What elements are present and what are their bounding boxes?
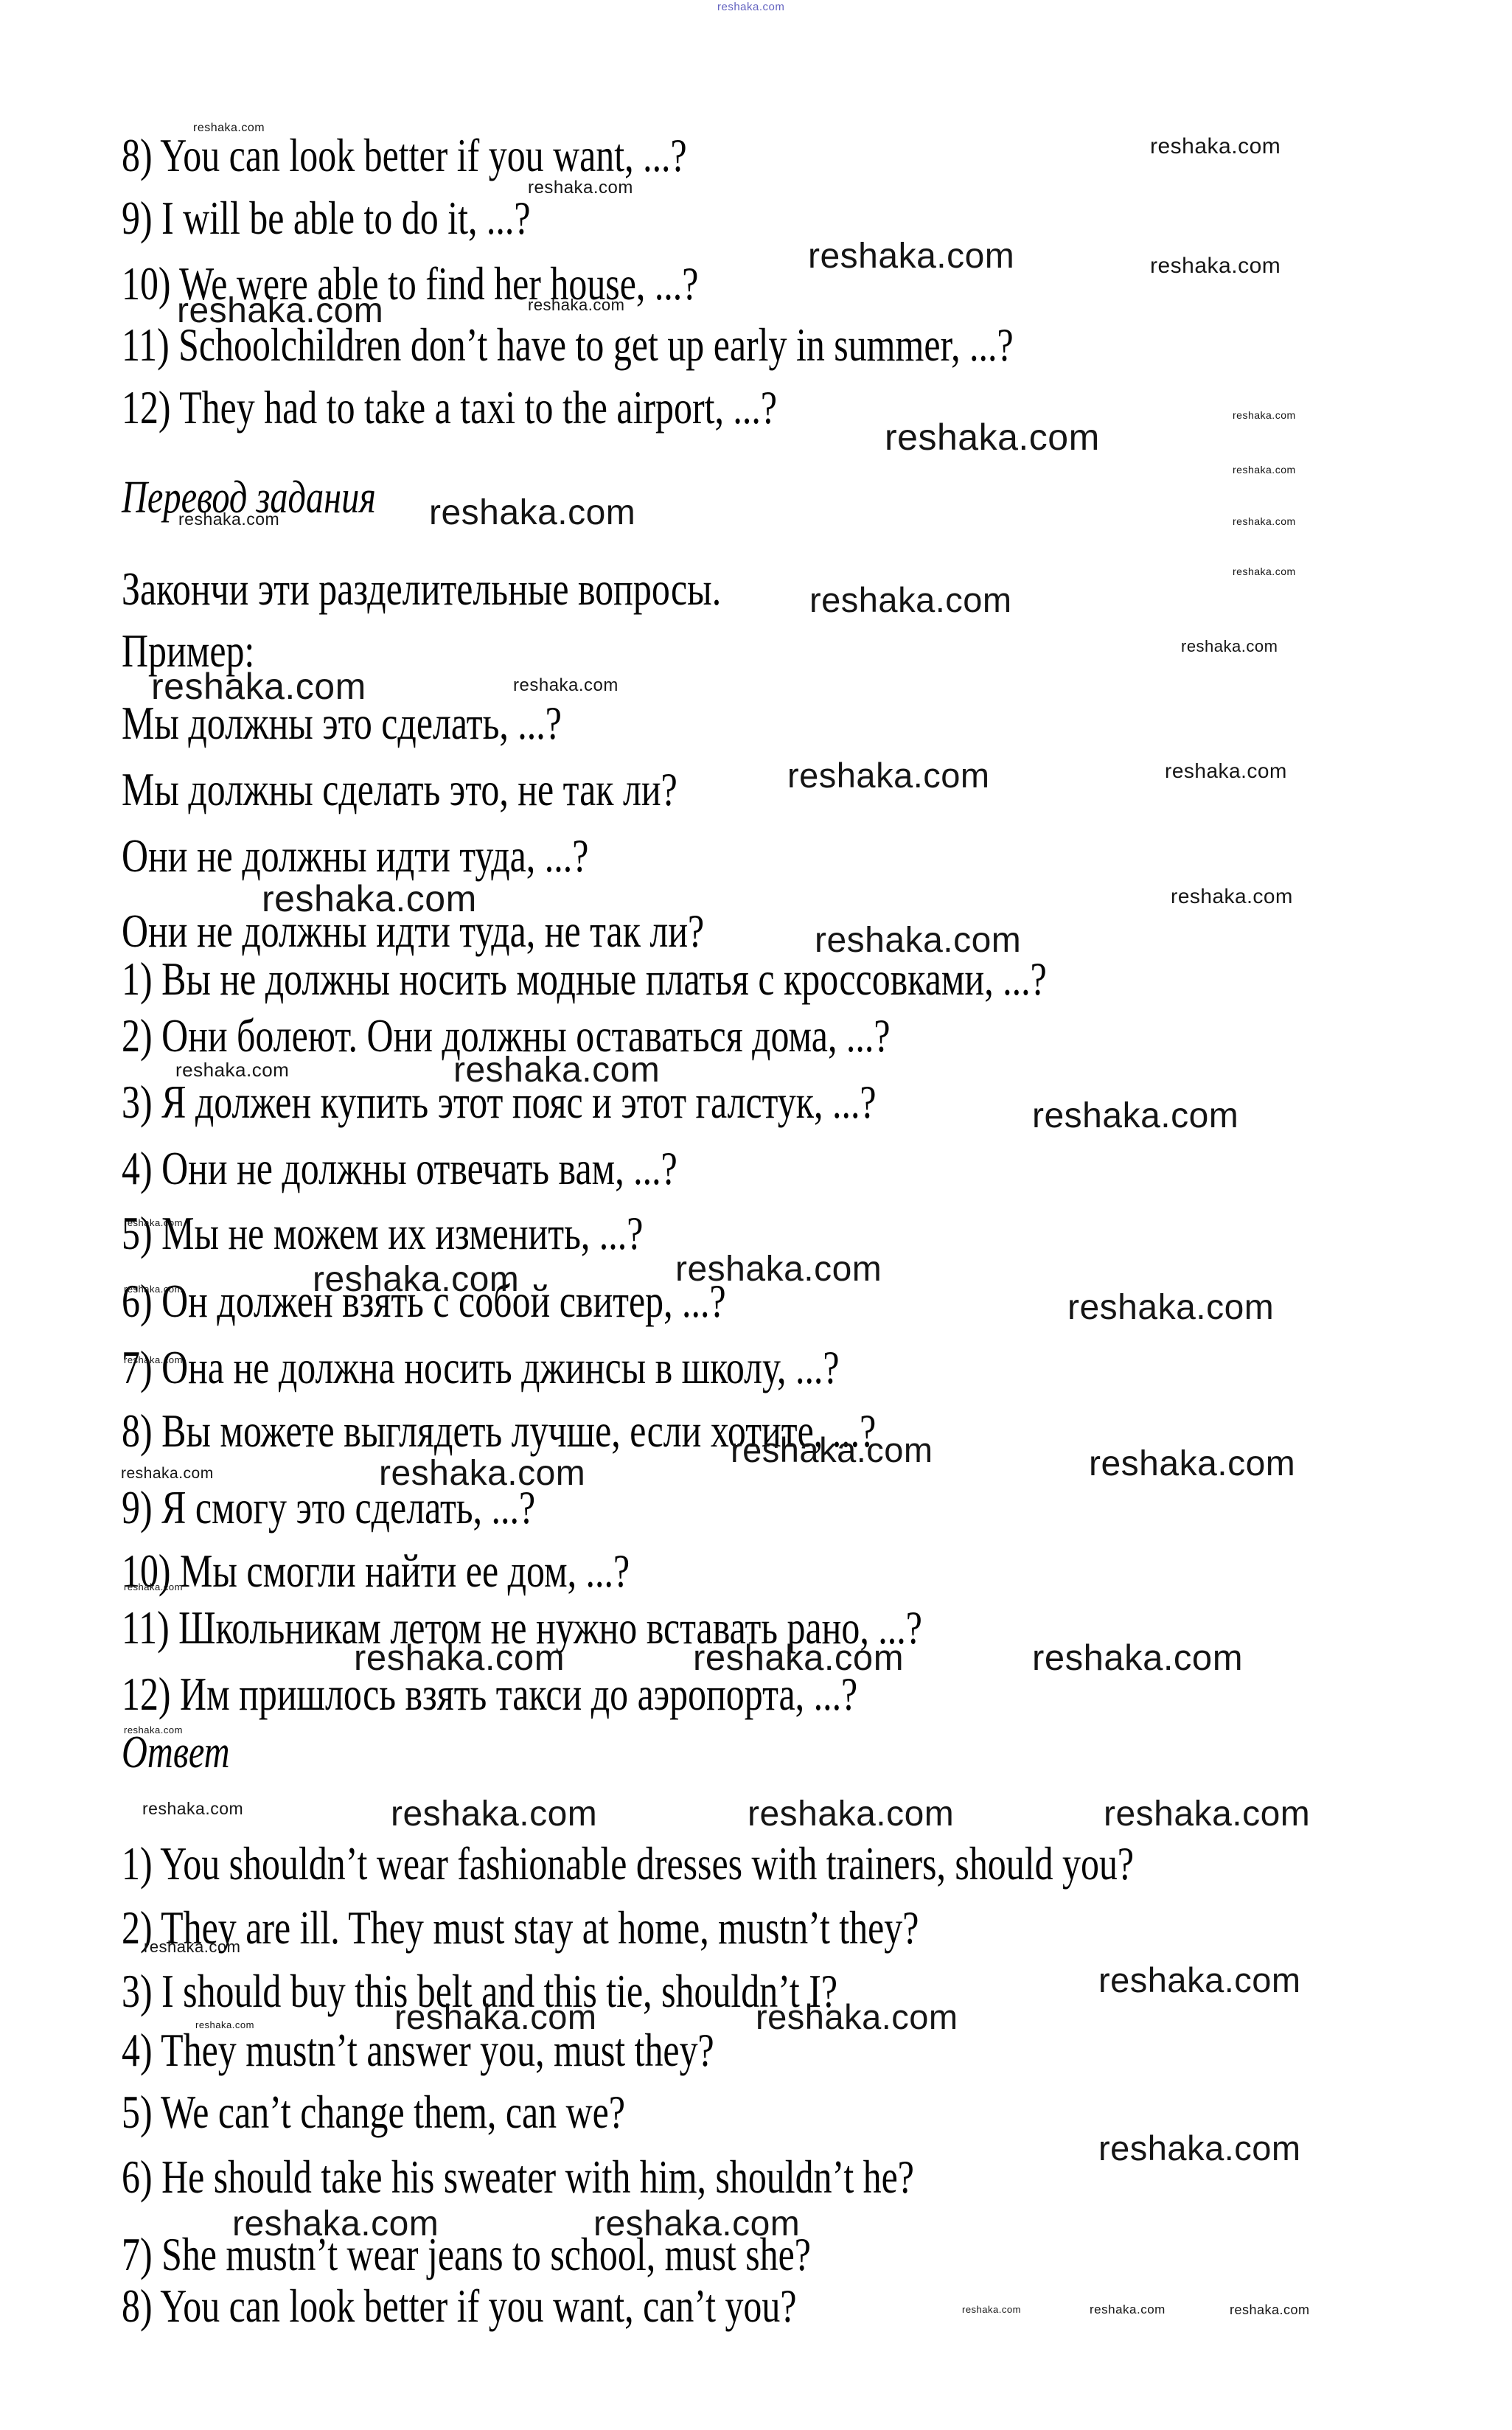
- watermark-reshaka: reshaka.com: [885, 419, 1100, 456]
- watermark-reshaka: reshaka.com: [528, 297, 624, 313]
- watermark-reshaka: reshaka.com: [262, 880, 477, 917]
- watermark-reshaka: reshaka.com: [178, 511, 279, 528]
- watermark-reshaka: reshaka.com: [193, 122, 265, 134]
- watermark-reshaka: reshaka.com: [151, 668, 366, 705]
- watermark-reshaka: reshaka.com: [1067, 1290, 1274, 1326]
- watermark-reshaka: reshaka.com: [124, 1355, 183, 1365]
- watermark-reshaka: reshaka.com: [1181, 638, 1278, 655]
- watermark-reshaka: reshaka.com: [175, 1060, 289, 1079]
- watermark-reshaka: reshaka.com: [177, 293, 383, 329]
- watermark-reshaka: reshaka.com: [1090, 2303, 1166, 2316]
- watermark-reshaka: reshaka.com: [232, 2207, 439, 2242]
- watermark-reshaka: reshaka.com: [144, 1939, 240, 1955]
- answer-line-6: 6) He should take his sweater with him, …: [122, 2153, 914, 2202]
- watermark-reshaka: reshaka.com: [748, 1797, 954, 1832]
- watermark-reshaka: reshaka.com: [809, 582, 1012, 617]
- watermark-reshaka: reshaka.com: [1233, 516, 1296, 526]
- watermark-reshaka: reshaka.com: [1165, 761, 1287, 781]
- answer-line-1: 1) You shouldn’t wear fashionable dresse…: [122, 1839, 1134, 1889]
- watermark-reshaka: reshaka.com: [142, 1800, 243, 1817]
- answer-line-5: 5) We can’t change them, can we?: [122, 2088, 625, 2137]
- watermark-reshaka: reshaka.com: [394, 1999, 597, 2034]
- watermark-reshaka: reshaka.com: [1150, 136, 1281, 158]
- document-page: 8) You can look better if you want, ...?…: [0, 0, 1512, 2430]
- watermark-reshaka: reshaka.com: [717, 1, 784, 13]
- watermark-reshaka: reshaka.com: [1032, 1099, 1238, 1134]
- watermark-reshaka: reshaka.com: [453, 1053, 660, 1088]
- watermark-reshaka: reshaka.com: [195, 2020, 254, 2030]
- watermark-reshaka: reshaka.com: [429, 495, 635, 531]
- watermark-reshaka: reshaka.com: [1171, 886, 1293, 907]
- watermark-reshaka: reshaka.com: [1233, 464, 1296, 475]
- watermark-reshaka: reshaka.com: [756, 1999, 958, 2034]
- watermark-reshaka: reshaka.com: [1150, 255, 1281, 277]
- watermark-reshaka: reshaka.com: [124, 1725, 183, 1735]
- example-line-2: Мы должны сделать это, не так ли?: [122, 765, 677, 815]
- watermark-reshaka: reshaka.com: [693, 1640, 904, 1677]
- instruction-line: Закончи эти разделительные вопросы.: [122, 565, 721, 614]
- watermark-reshaka: reshaka.com: [1233, 566, 1296, 577]
- task-line-en-9: 9) I will be able to do it, ...?: [122, 194, 531, 243]
- watermark-reshaka: reshaka.com: [787, 758, 990, 793]
- watermark-reshaka: reshaka.com: [593, 2207, 800, 2242]
- watermark-reshaka: reshaka.com: [121, 1466, 214, 1481]
- task-line-ru-5: 5) Мы не можем их изменить, ...?: [122, 1209, 643, 1258]
- watermark-reshaka: reshaka.com: [1089, 1446, 1295, 1482]
- task-line-en-12: 12) They had to take a taxi to the airpo…: [122, 383, 777, 433]
- watermark-reshaka: reshaka.com: [808, 239, 1014, 274]
- watermark-reshaka: reshaka.com: [1230, 2303, 1310, 2316]
- task-line-ru-1: 1) Вы не должны носить модные платья с к…: [122, 955, 1047, 1004]
- watermark-reshaka: reshaka.com: [513, 677, 619, 694]
- watermark-reshaka: reshaka.com: [354, 1640, 565, 1677]
- watermark-reshaka: reshaka.com: [815, 923, 1021, 958]
- watermark-reshaka: reshaka.com: [124, 1582, 183, 1592]
- answer-line-8: 8) You can look better if you want, can’…: [122, 2282, 796, 2331]
- watermark-reshaka: reshaka.com: [675, 1252, 882, 1287]
- watermark-reshaka: reshaka.com: [1233, 410, 1296, 420]
- watermark-reshaka: reshaka.com: [379, 1456, 585, 1491]
- answer-line-2: 2) They are ill. They must stay at home,…: [122, 1904, 919, 1953]
- task-line-ru-4: 4) Они не должны отвечать вам, ...?: [122, 1144, 677, 1194]
- task-line-ru-7: 7) Она не должна носить джинсы в школу, …: [122, 1343, 840, 1393]
- watermark-reshaka: reshaka.com: [731, 1432, 933, 1467]
- watermark-reshaka: reshaka.com: [1032, 1640, 1243, 1677]
- task-line-en-8: 8) You can look better if you want, ...?: [122, 131, 687, 181]
- watermark-reshaka: reshaka.com: [1098, 1963, 1301, 1997]
- watermark-reshaka: reshaka.com: [1098, 2131, 1301, 2165]
- example-line-3: Они не должны идти туда, ...?: [122, 832, 588, 881]
- watermark-reshaka: reshaka.com: [528, 179, 633, 197]
- watermark-reshaka: reshaka.com: [313, 1262, 519, 1298]
- watermark-reshaka: reshaka.com: [391, 1797, 597, 1832]
- task-line-ru-10: 10) Мы смогли найти ее дом, ...?: [122, 1547, 630, 1596]
- watermark-reshaka: reshaka.com: [962, 2305, 1021, 2314]
- watermark-reshaka: reshaka.com: [1104, 1797, 1310, 1832]
- watermark-reshaka: reshaka.com: [124, 1284, 183, 1294]
- watermark-reshaka: reshaka.com: [124, 1218, 183, 1228]
- heading-otvet: Ответ: [122, 1729, 230, 1776]
